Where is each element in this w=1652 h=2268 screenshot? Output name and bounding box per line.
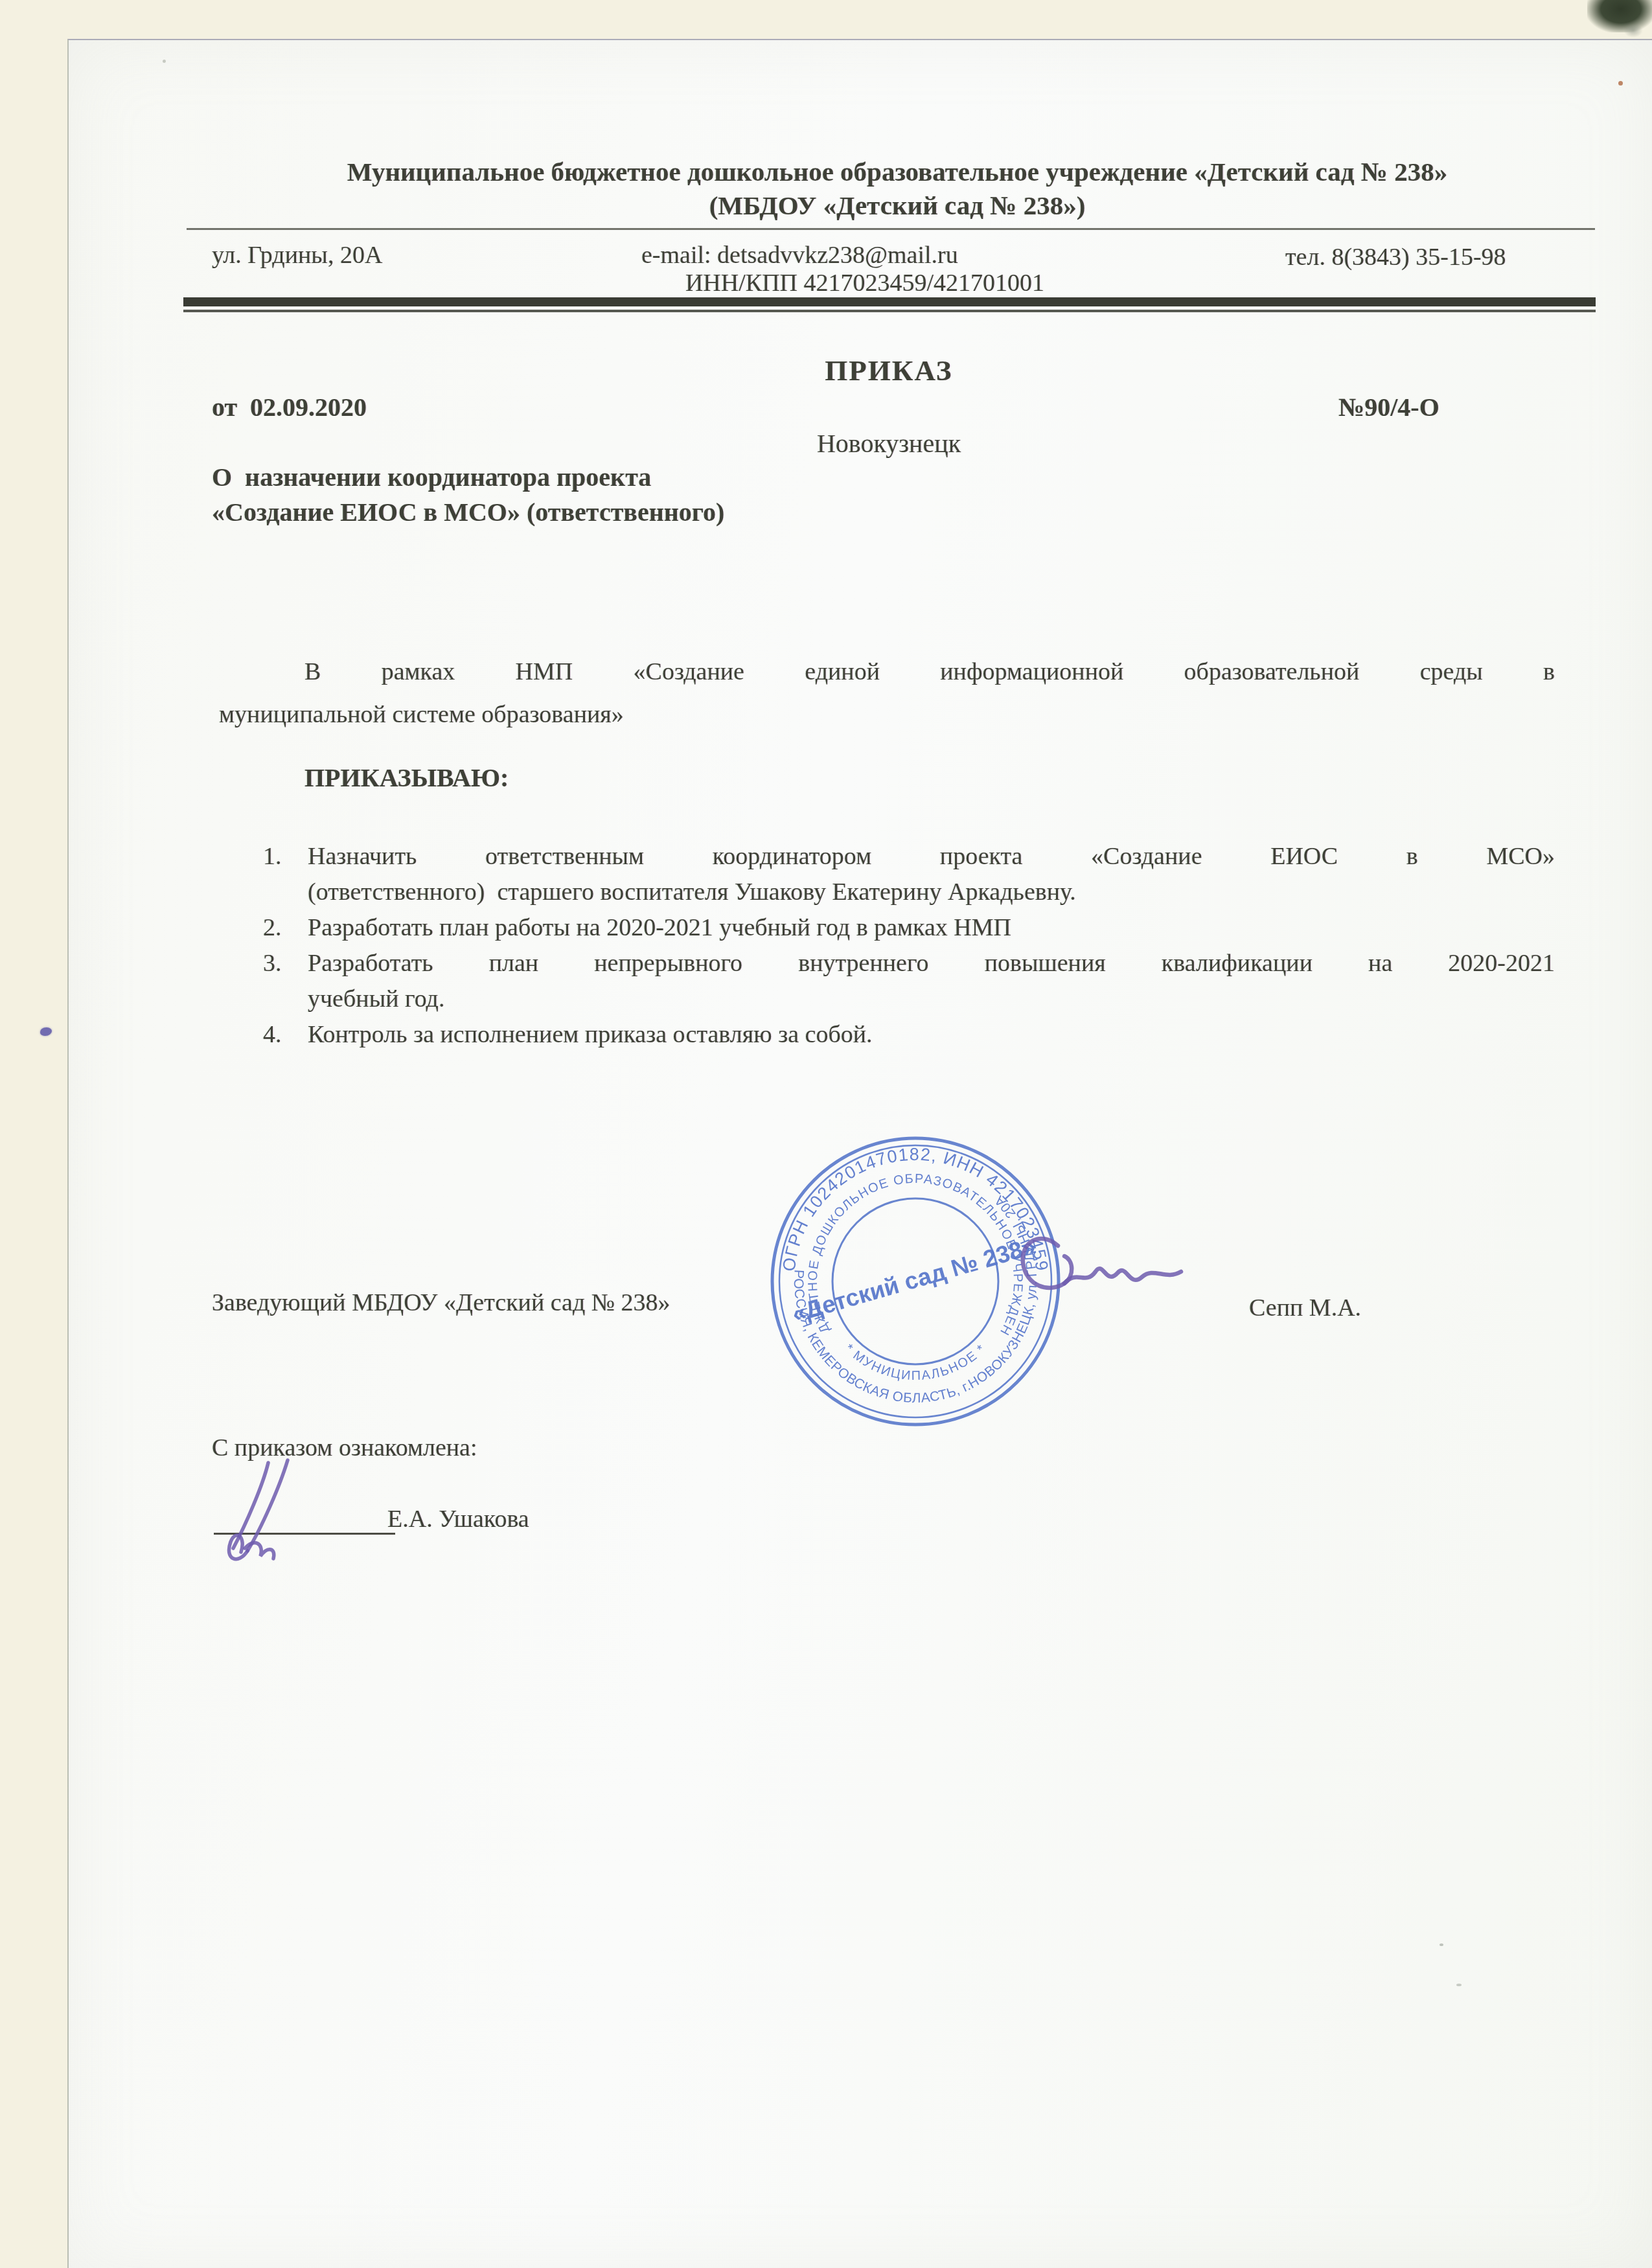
list-text: Контроль за исполнением приказа оставляю… xyxy=(308,1017,1555,1053)
scan-artifact-speck xyxy=(163,60,166,63)
header-divider-thin xyxy=(187,228,1595,230)
list-item-continuation: (ответственного) старшего воспитателя Уш… xyxy=(262,875,1555,910)
order-date: от 02.09.2020 xyxy=(212,393,367,422)
order-subject-line2: «Создание ЕИОС в МСО» (ответственного) xyxy=(212,498,724,527)
acknowledgement-name: Е.А. Ушакова xyxy=(387,1504,529,1534)
head-signature xyxy=(1007,1226,1195,1330)
list-text: Назначить ответственным координатором пр… xyxy=(308,839,1555,875)
preamble-line2: муниципальной системе образования» xyxy=(219,693,624,736)
org-inn-kpp: ИНН/КПП 4217023459/421701001 xyxy=(155,268,1574,298)
org-address: ул. Грдины, 20А xyxy=(212,240,382,270)
list-item: 3. Разработать план непрерывного внутрен… xyxy=(262,946,1555,981)
stamp-text-org-type-bottom: * МУНИЦИПАЛЬНОЕ * xyxy=(842,1342,989,1383)
list-item: 4. Контроль за исполнением приказа остав… xyxy=(262,1017,1555,1053)
directive-word: ПРИКАЗЫВАЮ: xyxy=(304,763,509,793)
scan-artifact-ink-dot xyxy=(40,1027,52,1036)
org-name-line1: Муниципальное бюджетное дошкольное образ… xyxy=(201,155,1594,188)
acknowledgement-signature xyxy=(209,1458,351,1561)
list-item: 2. Разработать план работы на 2020-2021 … xyxy=(262,910,1555,946)
header-divider-sub xyxy=(183,310,1596,312)
org-email: e-mail: detsadvvkz238@mail.ru xyxy=(641,240,958,270)
svg-text:* МУНИЦИПАЛЬНОЕ *: * МУНИЦИПАЛЬНОЕ * xyxy=(842,1342,989,1383)
list-marker: 2. xyxy=(263,910,282,946)
list-text: (ответственного) старшего воспитателя Уш… xyxy=(308,875,1555,910)
scan-artifact-smudge xyxy=(1623,23,1643,38)
preamble-line1: В рамках НМП «Создание единой информацио… xyxy=(219,650,1555,693)
scanned-order-document: Муниципальное бюджетное дошкольное образ… xyxy=(0,0,1652,2268)
list-text: Разработать план непрерывного внутреннег… xyxy=(308,946,1555,981)
list-marker: 1. xyxy=(263,839,282,875)
signer-name: Сепп М.А. xyxy=(1249,1293,1361,1323)
list-text: учебный год. xyxy=(308,981,1555,1017)
list-item: 1. Назначить ответственным координатором… xyxy=(262,839,1555,875)
order-title: ПРИКАЗ xyxy=(196,356,1582,385)
scan-artifact-speck xyxy=(1618,81,1623,86)
list-marker: 3. xyxy=(263,946,282,981)
order-city: Новокузнецк xyxy=(196,429,1582,459)
list-item-continuation: учебный год. xyxy=(262,981,1555,1017)
signer-title: Заведующий МБДОУ «Детский сад № 238» xyxy=(212,1288,671,1318)
list-marker: 4. xyxy=(263,1017,282,1053)
org-name-line2: (МБДОУ «Детский сад № 238») xyxy=(201,189,1594,222)
order-number: №90/4-О xyxy=(1338,393,1440,422)
header-divider-thick xyxy=(183,297,1596,306)
scan-artifact-speck xyxy=(1440,1943,1443,1946)
order-subject-line1: О назначении координатора проекта xyxy=(212,463,651,492)
list-text: Разработать план работы на 2020-2021 уче… xyxy=(308,910,1555,946)
scan-artifact-speck xyxy=(1456,1984,1462,1986)
